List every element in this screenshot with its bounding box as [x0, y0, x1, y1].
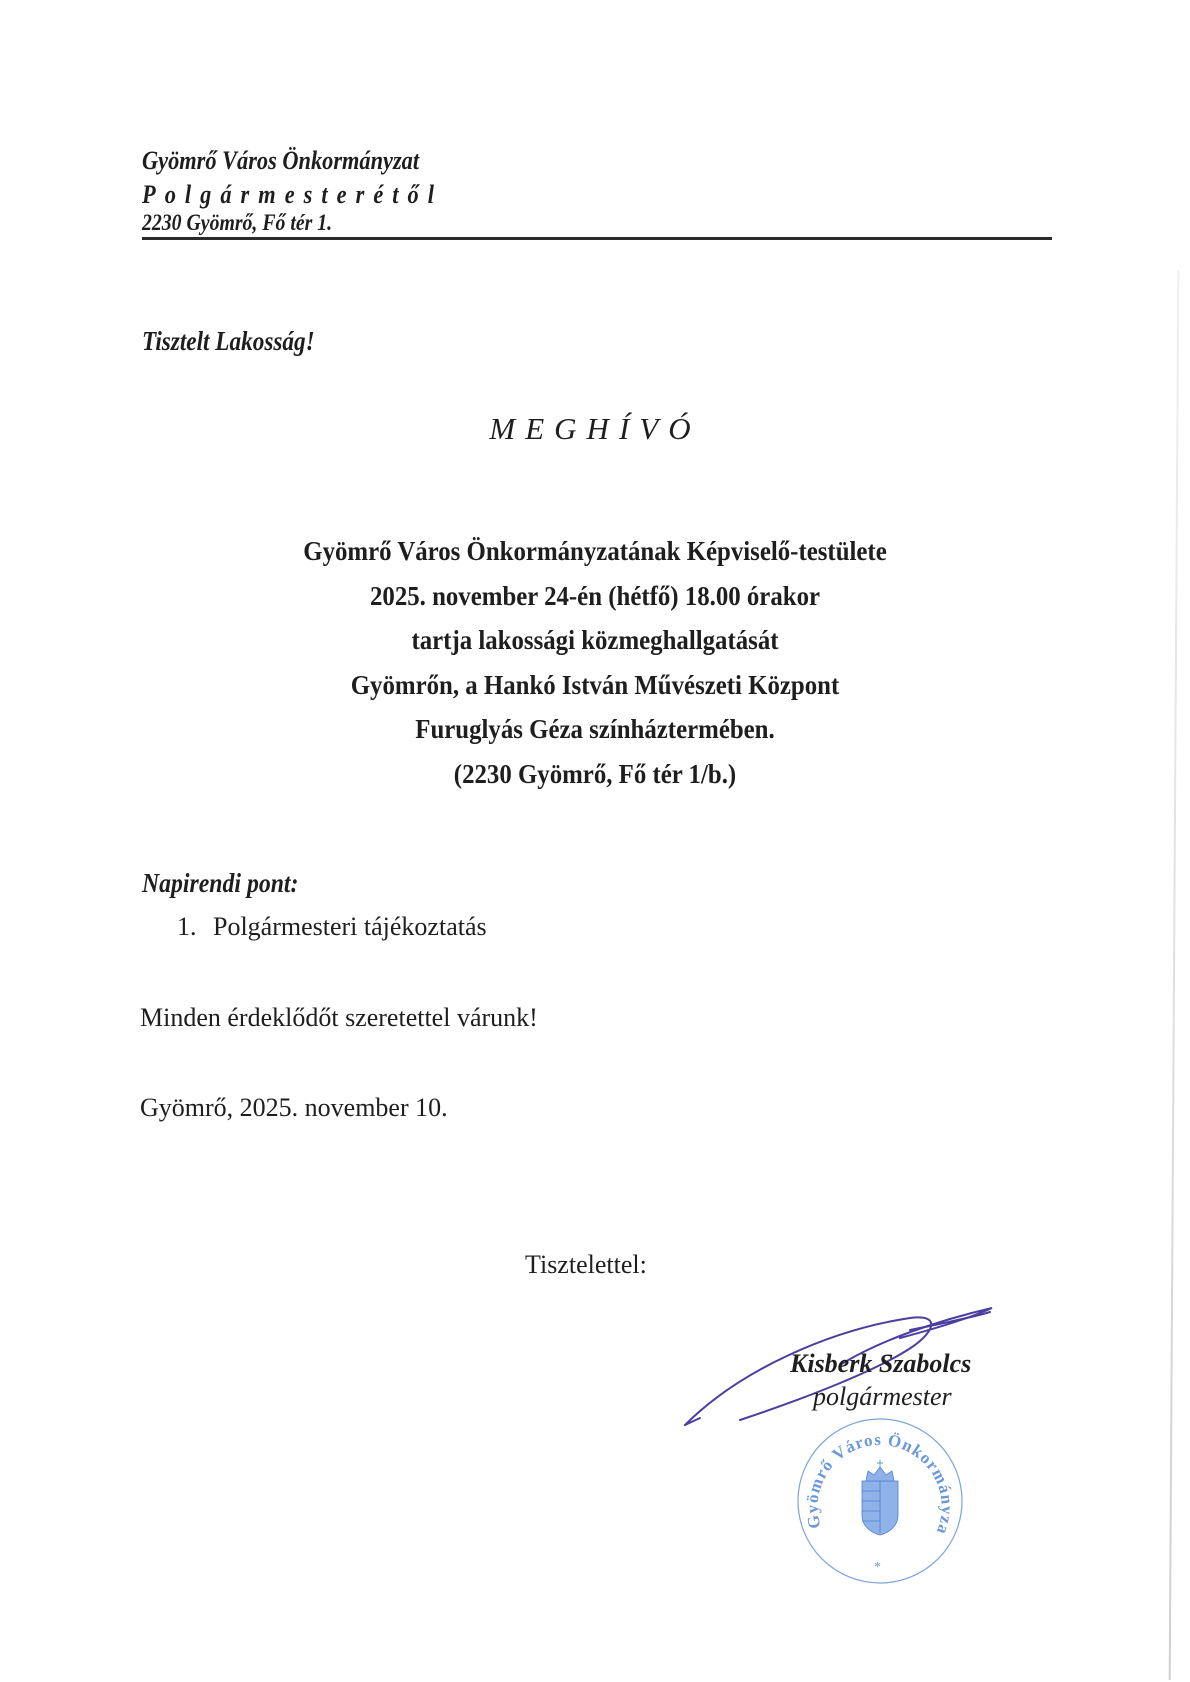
agenda-item: 1.Polgármesteri tájékoztatás [177, 912, 487, 942]
dateline: Gyömrő, 2025. november 10. [140, 1093, 448, 1123]
document-title: MEGHÍVÓ [0, 411, 1190, 447]
announcement-line: Gyömrőn, a Hankó István Művészeti Közpon… [48, 663, 1143, 708]
salutation: Tisztelt Lakosság! [142, 326, 315, 357]
announcement-line: 2025. november 24-én (hétfő) 18.00 órako… [48, 574, 1143, 619]
letterhead-organization: Gyömrő Város Önkormányzat [142, 146, 419, 176]
official-seal-icon: Gyömrő Város Önkormányzata * [786, 1415, 976, 1590]
scan-edge [1169, 270, 1180, 1680]
agenda-item-text: Polgármesteri tájékoztatás [213, 912, 487, 941]
letterhead-address: 2230 Gyömrő, Fő tér 1. [142, 208, 332, 238]
agenda-item-number: 1. [177, 912, 213, 942]
letterhead-office: Polgármesterétől [142, 180, 443, 210]
signer-title: polgármester [813, 1382, 952, 1412]
announcement-line: Furuglyás Géza színháztermében. [48, 707, 1143, 752]
signer-name: Kisberk Szabolcs [790, 1349, 971, 1379]
closing: Tisztelettel: [525, 1250, 647, 1280]
announcement-line: (2230 Gyömrő, Fő tér 1/b.) [48, 752, 1143, 797]
svg-text:*: * [874, 1560, 881, 1575]
agenda-label: Napirendi pont: [142, 868, 298, 899]
letterhead-divider [142, 237, 1052, 240]
announcement-line: tartja lakossági közmeghallgatását [48, 618, 1143, 663]
announcement-block: Gyömrő Város Önkormányzatának Képviselő-… [0, 529, 1190, 796]
announcement-line: Gyömrő Város Önkormányzatának Képviselő-… [48, 529, 1143, 574]
welcome-text: Minden érdeklődőt szeretettel várunk! [140, 1003, 538, 1033]
